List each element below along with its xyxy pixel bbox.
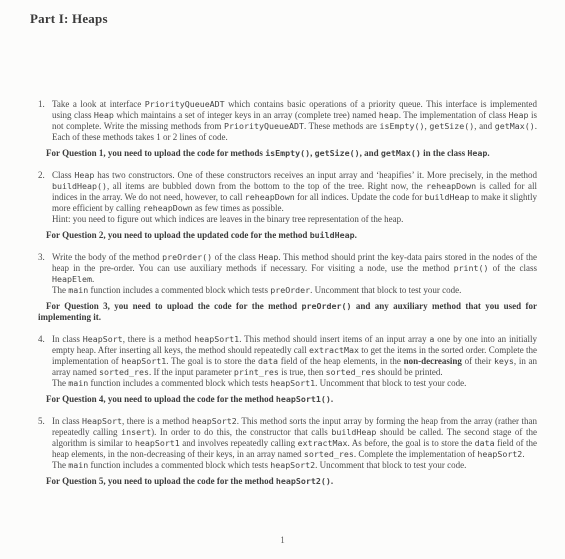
document-page: Part I: Heaps 1. Take a look at interfac… — [0, 0, 565, 559]
task-list: 1. Take a look at interface PriorityQueu… — [0, 99, 565, 487]
item-body-text: Class Heap has two constructors. One of … — [52, 170, 537, 214]
task-item-5: 5. In class HeapSort, there is a method … — [38, 416, 537, 487]
question-upload-note: For Question 5, you need to upload the c… — [38, 476, 537, 487]
task-item-4: 4. In class HeapSort, there is a method … — [38, 334, 537, 405]
item-body-text: In class HeapSort, there is a method hea… — [52, 334, 537, 378]
item-body-text: Write the body of the method preOrder() … — [52, 252, 537, 285]
question-upload-note: For Question 1, you need to upload the c… — [38, 148, 537, 159]
item-content: In class HeapSort, there is a method hea… — [52, 416, 537, 487]
task-item-1: 1. Take a look at interface PriorityQueu… — [38, 99, 537, 159]
item-content: Class Heap has two constructors. One of … — [52, 170, 537, 241]
item-note-text: The main function includes a commented b… — [52, 460, 537, 471]
item-content: In class HeapSort, there is a method hea… — [52, 334, 537, 405]
question-upload-note: For Question 2, you need to upload the u… — [38, 230, 537, 241]
item-note-text: The main function includes a commented b… — [52, 285, 537, 296]
page-number: 1 — [0, 535, 565, 546]
task-item-2: 2. Class Heap has two constructors. One … — [38, 170, 537, 241]
item-content: Take a look at interface PriorityQueueAD… — [52, 99, 537, 159]
page-title: Part I: Heaps — [0, 0, 565, 26]
question-upload-note: For Question 3, you need to upload the c… — [38, 301, 537, 323]
question-upload-note: For Question 4, you need to upload the c… — [38, 394, 537, 405]
item-note-text: The main function includes a commented b… — [52, 378, 537, 389]
task-item-3: 3. Write the body of the method preOrder… — [38, 252, 537, 323]
item-hint-text: Hint: you need to figure out which indic… — [52, 214, 537, 225]
item-body-text: Take a look at interface PriorityQueueAD… — [52, 99, 537, 143]
item-content: Write the body of the method preOrder() … — [52, 252, 537, 323]
item-body-text: In class HeapSort, there is a method hea… — [52, 416, 537, 460]
